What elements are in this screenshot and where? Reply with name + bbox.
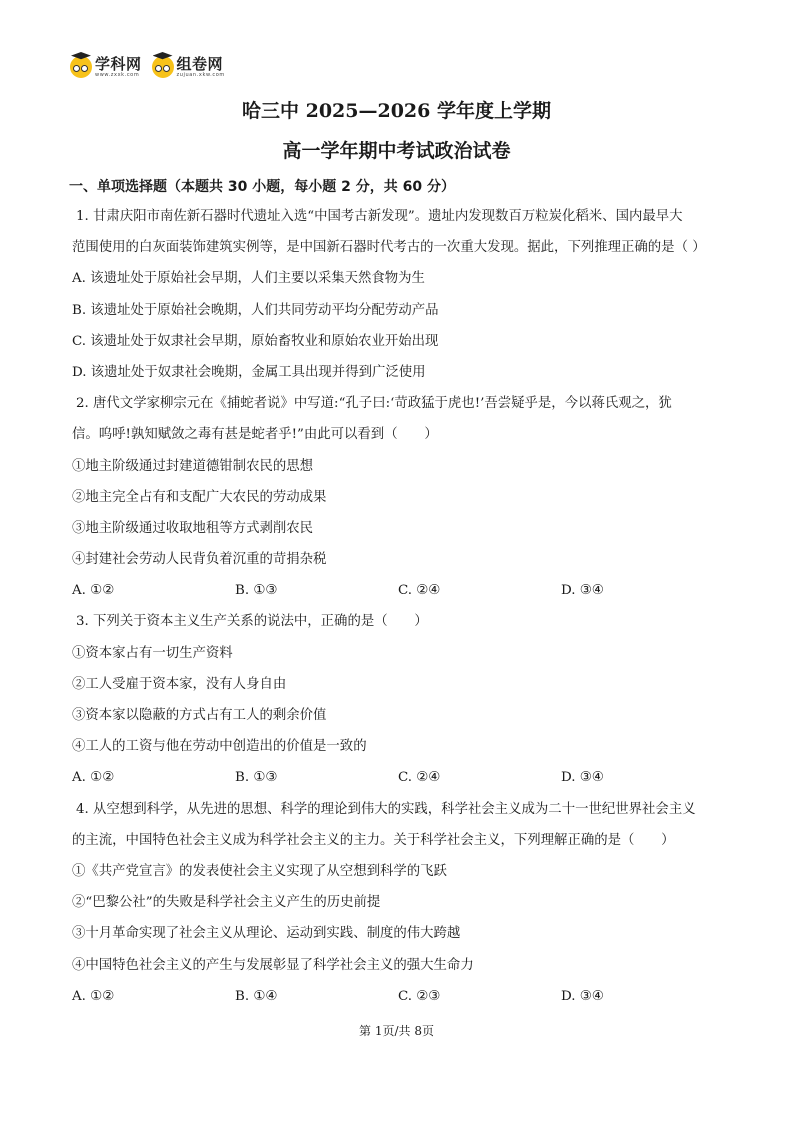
question-3: 3. 下列关于资本主义生产关系的说法中，正确的是（ ） ①资本家占有一切生产资料… [72, 606, 732, 793]
statement-item: ③地主阶级通过收取地租等方式剥削农民 [72, 513, 732, 544]
exam-content: 一、单项选择题（本题共 30 小题，每小题 2 分，共 60 分） 1. 甘肃庆… [72, 176, 732, 1012]
page-number: 第 1页/共 8页 [0, 1022, 793, 1039]
statement-item: ③十月革命实现了社会主义从理论、运动到实践、制度的伟大跨越 [72, 918, 732, 949]
owl-mascot-icon [152, 56, 174, 78]
question-1: 1. 甘肃庆阳市南佐新石器时代遗址入选“中国考古新发现”。遗址内发现数百万粒炭化… [72, 201, 732, 388]
choice-row: A. ①② B. ①④ C. ②③ D. ③④ [72, 981, 732, 1012]
statement-item: ④工人的工资与他在劳动中创造出的价值是一致的 [72, 731, 732, 762]
statement-item: ④封建社会劳动人民背负着沉重的苛捐杂税 [72, 544, 732, 575]
section-heading: 一、单项选择题（本题共 30 小题，每小题 2 分，共 60 分） [69, 176, 732, 198]
choice-d: D. ③④ [561, 762, 724, 793]
question-stem: 4. 从空想到科学，从先进的思想、科学的理论到伟大的实践，科学社会主义成为二十一… [72, 794, 732, 825]
logo-url: zujuan.xkw.com [177, 73, 225, 78]
choice-a: A. ①② [72, 762, 235, 793]
statement-item: ①资本家占有一切生产资料 [72, 638, 732, 669]
statement-item: ①《共产党宣言》的发表使社会主义实现了从空想到科学的飞跃 [72, 856, 732, 887]
choice-d: D. ③④ [561, 981, 724, 1012]
choice-c: C. 该遗址处于奴隶社会早期，原始畜牧业和原始农业开始出现 [72, 326, 732, 357]
choice-c: C. ②③ [398, 981, 561, 1012]
choice-b: B. 该遗址处于原始社会晚期，人们共同劳动平均分配劳动产品 [72, 295, 732, 326]
statement-item: ②“巴黎公社”的失败是科学社会主义产生的历史前提 [72, 887, 732, 918]
statement-item: ③资本家以隐蔽的方式占有工人的剩余价值 [72, 700, 732, 731]
choice-row: A. ①② B. ①③ C. ②④ D. ③④ [72, 762, 732, 793]
question-stem: 的主流，中国特色社会主义成为科学社会主义的主力。关于科学社会主义，下列理解正确的… [72, 825, 732, 856]
logo-url: www.zxxk.com [95, 73, 142, 78]
choice-c: C. ②④ [398, 575, 561, 606]
exam-title: 哈三中 2025—2026 学年度上学期 [0, 96, 793, 123]
question-stem: 2. 唐代文学家柳宗元在《捕蛇者说》中写道:“孔子曰:‘苛政猛于虎也!’吾尝疑乎… [72, 388, 732, 419]
choice-b: B. ①④ [235, 981, 398, 1012]
choice-a: A. 该遗址处于原始社会早期，人们主要以采集天然食物为生 [72, 263, 732, 294]
logo-zxxk: 学科网 www.zxxk.com [70, 56, 142, 78]
logo-name: 学科网 [95, 57, 142, 72]
question-stem: 信。呜呼!孰知赋敛之毒有甚是蛇者乎!”由此可以看到（ ） [72, 419, 732, 450]
statement-item: ②工人受雇于资本家，没有人身自由 [72, 669, 732, 700]
choice-a: A. ①② [72, 575, 235, 606]
statement-item: ②地主完全占有和支配广大农民的劳动成果 [72, 482, 732, 513]
exam-subtitle: 高一学年期中考试政治试卷 [0, 136, 793, 163]
question-stem: 1. 甘肃庆阳市南佐新石器时代遗址入选“中国考古新发现”。遗址内发现数百万粒炭化… [72, 201, 732, 232]
choice-row: A. ①② B. ①③ C. ②④ D. ③④ [72, 575, 732, 606]
statement-item: ①地主阶级通过封建道德钳制农民的思想 [72, 451, 732, 482]
choice-b: B. ①③ [235, 575, 398, 606]
logo-name: 组卷网 [177, 57, 225, 72]
owl-mascot-icon [70, 56, 92, 78]
question-2: 2. 唐代文学家柳宗元在《捕蛇者说》中写道:“孔子曰:‘苛政猛于虎也!’吾尝疑乎… [72, 388, 732, 606]
choice-a: A. ①② [72, 981, 235, 1012]
question-stem: 范围使用的白灰面装饰建筑实例等，是中国新石器时代考古的一次重大发现。据此，下列推… [72, 232, 732, 263]
choice-d: D. 该遗址处于奴隶社会晚期，金属工具出现并得到广泛使用 [72, 357, 732, 388]
choice-d: D. ③④ [561, 575, 724, 606]
choice-b: B. ①③ [235, 762, 398, 793]
question-stem: 3. 下列关于资本主义生产关系的说法中，正确的是（ ） [72, 606, 732, 637]
logo-zujuan: 组卷网 zujuan.xkw.com [152, 56, 225, 78]
choice-c: C. ②④ [398, 762, 561, 793]
question-4: 4. 从空想到科学，从先进的思想、科学的理论到伟大的实践，科学社会主义成为二十一… [72, 794, 732, 1012]
statement-item: ④中国特色社会主义的产生与发展彰显了科学社会主义的强大生命力 [72, 950, 732, 981]
header-logos: 学科网 www.zxxk.com 组卷网 zujuan.xkw.com [70, 56, 225, 78]
